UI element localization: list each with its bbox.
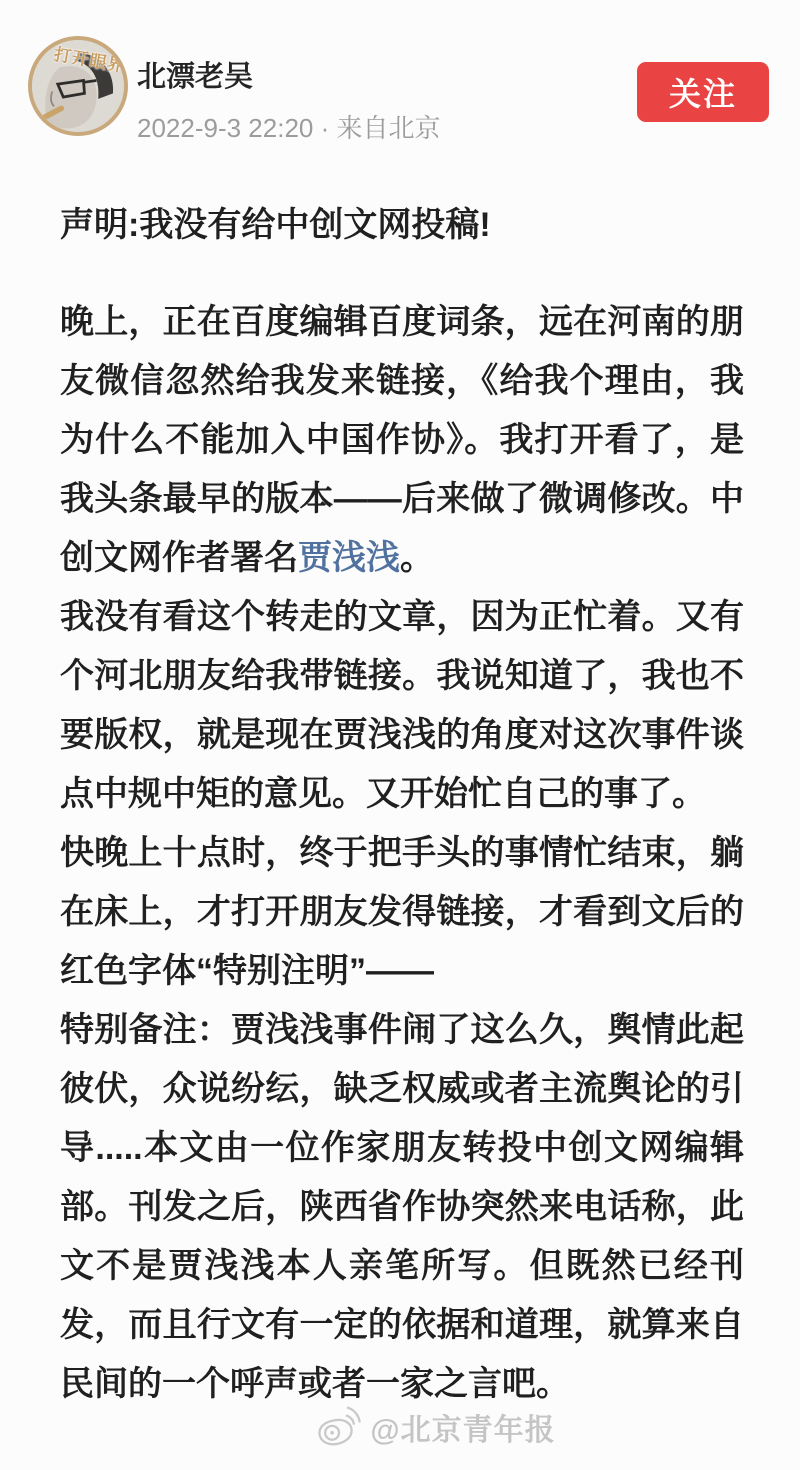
post-timestamp: 2022-9-3 22:20 · 来自北京 (137, 108, 440, 145)
paragraph-text: 晚上，正在百度编辑百度词条，远在河南的朋友微信忽然给我发来链接，《给我个理由，我… (60, 303, 744, 577)
paragraph-text: 。 (400, 539, 434, 577)
post-body: 声明:我没有给中创文网投稿! 晚上，正在百度编辑百度词条，远在河南的朋友微信忽然… (60, 196, 744, 1414)
weibo-logo-icon (316, 1404, 362, 1450)
post-title: 声明:我没有给中创文网投稿! (60, 196, 744, 255)
watermark-text: @北京青年报 (370, 1405, 555, 1449)
post-header: 打开眼界 北漂老吴 2022-9-3 22:20 · 来自北京 关注 (0, 0, 800, 150)
post-paragraph-3: 快晚上十点时，终于把手头的事情忙结束，躺在床上，才打开朋友发得链接，才看到文后的… (60, 824, 744, 1001)
post-paragraph-1: 晚上，正在百度编辑百度词条，远在河南的朋友微信忽然给我发来链接，《给我个理由，我… (60, 293, 744, 588)
post-paragraph-2: 我没有看这个转走的文章，因为正忙着。又有个河北朋友给我带链接。我说知道了，我也不… (60, 588, 744, 824)
user-info: 北漂老吴 2022-9-3 22:20 · 来自北京 (137, 54, 440, 145)
username[interactable]: 北漂老吴 (137, 54, 440, 95)
watermark: @北京青年报 (36, 1404, 800, 1450)
weibo-post-page: 打开眼界 北漂老吴 2022-9-3 22:20 · 来自北京 关注 声明:我没… (0, 0, 800, 1470)
follow-button[interactable]: 关注 (637, 62, 769, 122)
jia-qianqian-link[interactable]: 贾浅浅 (298, 539, 400, 577)
post-paragraph-4: 特别备注：贾浅浅事件闹了这么久，舆情此起彼伏，众说纷纭，缺乏权威或者主流舆论的引… (60, 1001, 744, 1414)
user-avatar[interactable]: 打开眼界 (28, 36, 128, 136)
